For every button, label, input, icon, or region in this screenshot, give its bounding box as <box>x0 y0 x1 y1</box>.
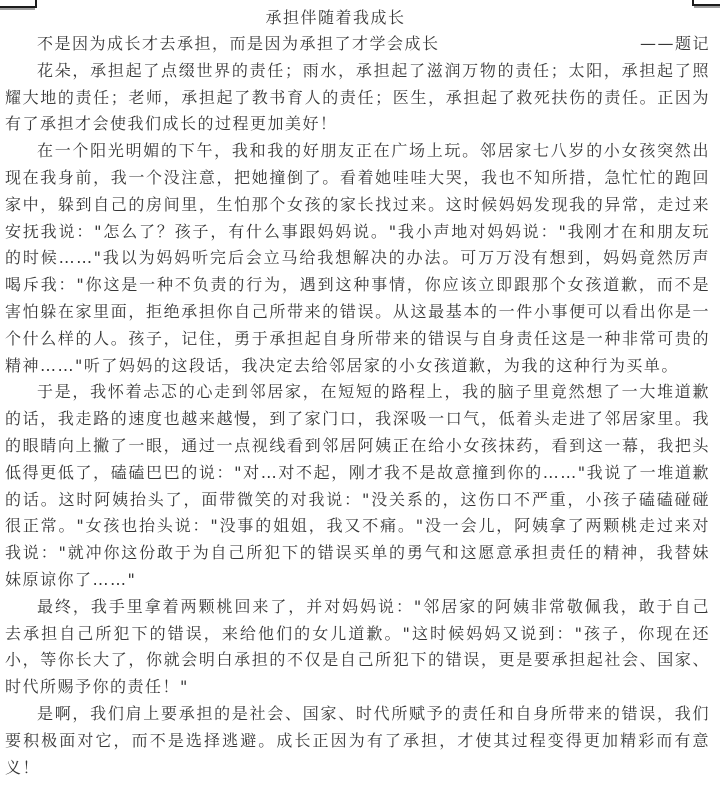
essay-document: 承担伴随着我成长 不是因为成长才去承担，而是因为承担了才学会成长 ——题记 花朵… <box>0 0 720 781</box>
essay-title: 承担伴随着我成长 <box>5 4 710 31</box>
document-page: { "document": { "title": "承担伴随着我成长", "ep… <box>0 0 720 810</box>
epigraph-text: 不是因为成长才去承担，而是因为承担了才学会成长 <box>5 31 710 58</box>
cropped-ui-fragment-right <box>692 0 720 6</box>
epigraph-attribution: ——题记 <box>640 31 710 58</box>
paragraph-intro: 花朵，承担起了点缀世界的责任；雨水，承担起了滋润万物的责任；太阳，承担起了照耀大… <box>5 58 710 138</box>
paragraph-apology: 于是，我怀着忐忑的心走到邻居家，在短短的路程上，我的脑子里竟然想了一大堆道歉的话… <box>5 379 710 593</box>
cropped-ui-fragment-left <box>0 0 37 8</box>
epigraph-line: 不是因为成长才去承担，而是因为承担了才学会成长 ——题记 <box>5 31 710 58</box>
paragraph-conclusion: 是啊，我们肩上要承担的是社会、国家、时代所赋予的责任和自身所带来的错误，我们要积… <box>5 701 710 781</box>
paragraph-return-home: 最终，我手里拿着两颗桃回来了，并对妈妈说："邻居家的阿姨非常敬佩我，敢于自己去承… <box>5 594 710 701</box>
paragraph-incident: 在一个阳光明媚的下午，我和我的好朋友正在广场上玩。邻居家七八岁的小女孩突然出现在… <box>5 138 710 379</box>
